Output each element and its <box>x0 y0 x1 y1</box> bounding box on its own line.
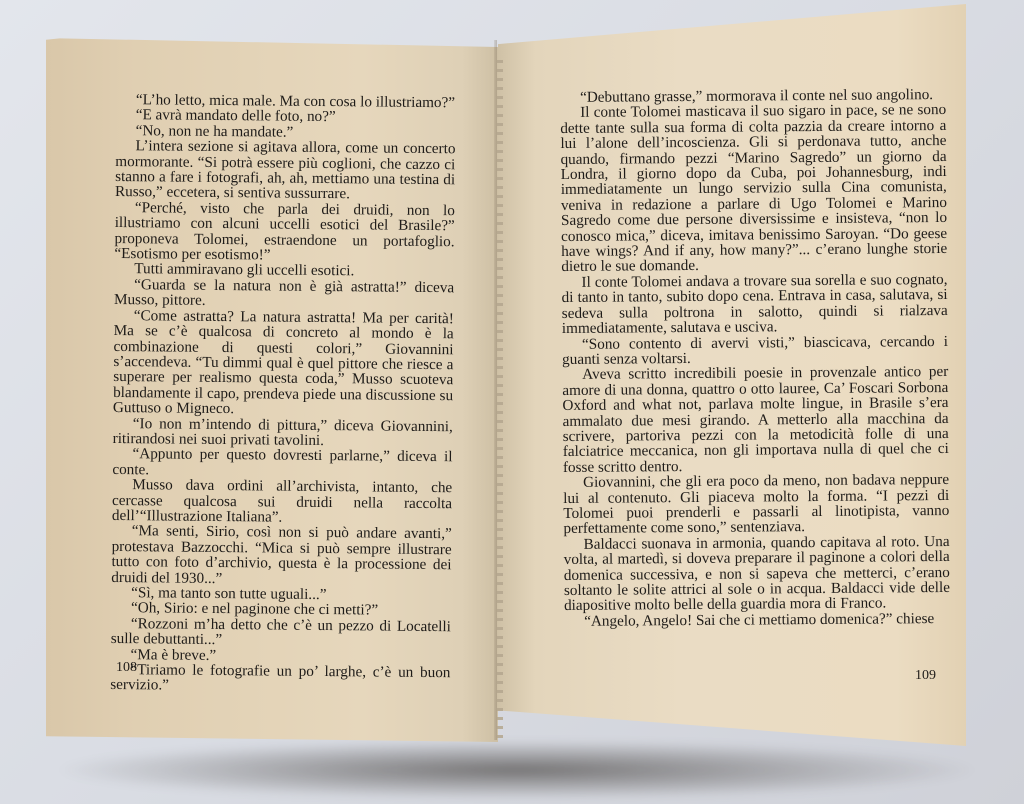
paragraph: Aveva scritto incredibili poesie in prov… <box>562 364 949 475</box>
left-page: “L’ho letto, mica male. Ma con cosa lo i… <box>46 24 498 742</box>
paragraph: “Angelo, Angelo! Sai che ci mettiamo dom… <box>564 611 950 629</box>
left-page-text: “L’ho letto, mica male. Ma con cosa lo i… <box>110 92 456 696</box>
paragraph: “Appunto per questo dovresti parlarne,” … <box>112 446 452 480</box>
book-shadow <box>52 740 982 800</box>
paragraph: “Sono contento di avervi visti,” biascic… <box>562 333 948 367</box>
right-page-text: “Debuttano grasse,” mormorava il conte n… <box>560 87 950 629</box>
binding-stitches <box>497 54 503 744</box>
paragraph: Baldacci suonava in armonia, quando capi… <box>564 534 951 614</box>
paragraph: Musso dava ordini all’archivista, intant… <box>112 477 452 526</box>
paragraph: “Perché, visto che parla dei druidi, non… <box>114 200 455 265</box>
paragraph: “Io non m’intendo di pittura,” diceva Gi… <box>113 416 453 450</box>
paragraph: Il conte Tolomei andava a trovare sua so… <box>561 272 947 337</box>
paragraph: “Rozzoni m’ha detto che c’è un pezzo di … <box>111 616 451 650</box>
paragraph: “Tiriamo le fotografie un po’ larghe, c’… <box>110 662 450 696</box>
paragraph: “Ma senti, Sirio, così non si può andare… <box>111 523 452 588</box>
paragraph: “Guarda se la natura non è già astratta!… <box>114 277 454 311</box>
paragraph: Giovannini, che gli era poco da meno, no… <box>563 472 949 537</box>
page-number-right: 109 <box>915 668 936 684</box>
paragraph: “Come astratta? La natura astratta! Ma p… <box>113 308 454 419</box>
paragraph: L’intera sezione si agitava allora, come… <box>115 138 456 203</box>
page-number-left: 108 <box>116 660 137 676</box>
paragraph: Il conte Tolomei masticava il suo sigaro… <box>560 102 947 274</box>
right-page: “Debuttano grasse,” mormorava il conte n… <box>498 4 966 746</box>
